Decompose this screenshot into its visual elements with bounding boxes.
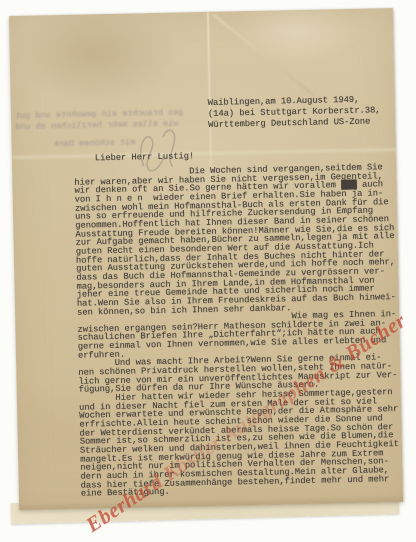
letter-scan-photo: ges brauchte ein gewohnte und gut wie al… (0, 0, 416, 542)
salutation: Lieber Herr Lustig! (95, 152, 195, 163)
date-block: Waiblingen,am 10.August 1949, (14a) bei … (208, 94, 381, 130)
fold-crease-horizontal (12, 148, 396, 159)
letter-body: Die Wochen sind vergangen,seitdem Sie hi… (74, 163, 400, 499)
fold-crease-diagonal (213, 14, 316, 97)
bleedthrough-text: mit schönem Dank (53, 138, 135, 149)
